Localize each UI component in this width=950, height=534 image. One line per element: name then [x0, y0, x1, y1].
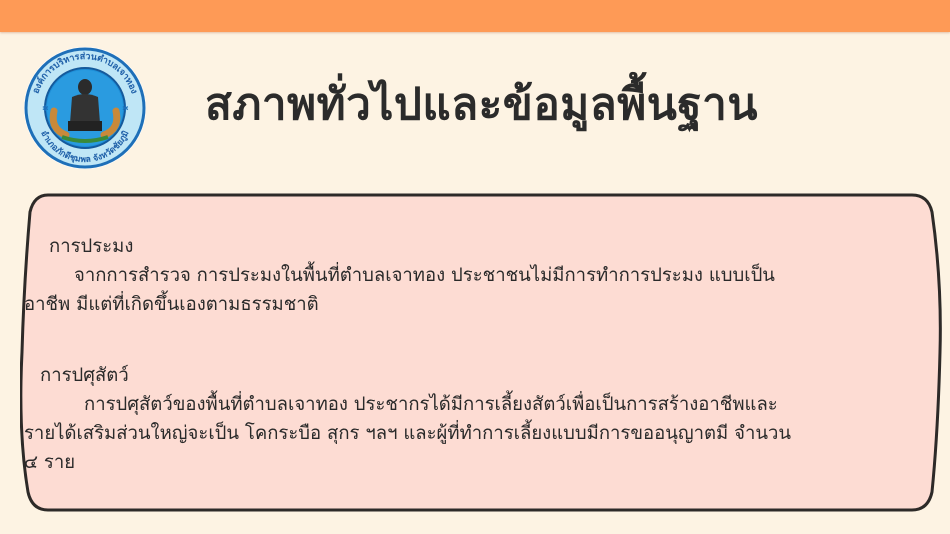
section-heading-fishery: การประมง: [24, 232, 924, 261]
fishery-text-line-1: จากการสำรวจ การประมงในพื้นที่ตำบลเจาทอง …: [24, 261, 924, 290]
fishery-text-line-2: อาชีพ มีแต่ที่เกิดขึ้นเองตามธรรมชาติ: [24, 290, 924, 319]
livestock-text-line-3: ๔ ราย: [24, 448, 924, 477]
page-title: สภาพทั่วไปและข้อมูลพื้นฐาน: [205, 70, 845, 140]
section-heading-livestock: การปศุสัตว์: [24, 361, 924, 390]
top-accent-bar: [0, 0, 950, 32]
livestock-text-line-1: การปศุสัตว์ของพื้นที่ตำบลเจาทอง ประชากรไ…: [24, 390, 924, 419]
svg-text:✱: ✱: [122, 104, 129, 113]
organization-seal-icon: ✱ ✱ องค์การบริหารส่วนตำบลเจาทอง อำเภอภัก…: [22, 45, 148, 171]
livestock-text-line-2: รายได้เสริมส่วนใหญ่จะเป็น โคกระบือ สุกร …: [24, 419, 924, 448]
panel-content: การประมง จากการสำรวจ การประมงในพื้นที่ตำ…: [24, 232, 924, 477]
svg-text:✱: ✱: [42, 104, 49, 113]
organization-logo: ✱ ✱ องค์การบริหารส่วนตำบลเจาทอง อำเภอภัก…: [22, 45, 148, 171]
